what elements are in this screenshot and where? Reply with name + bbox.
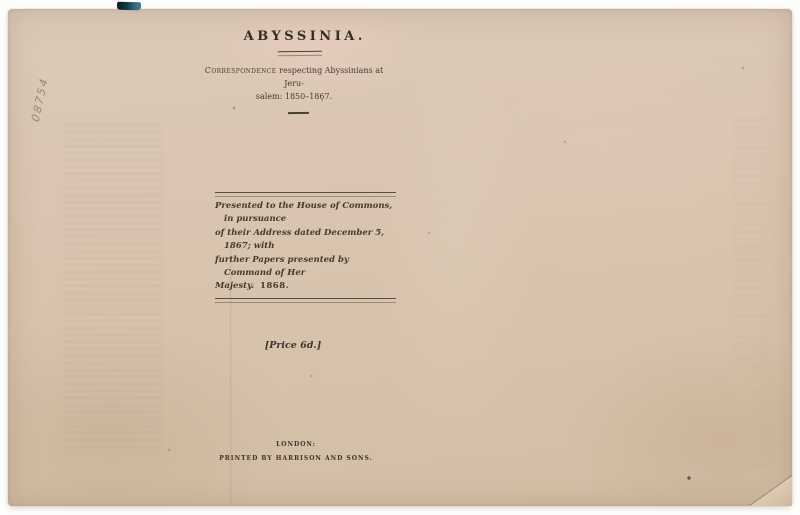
- imprint-printer: PRINTED BY HARRISON AND SONS.: [206, 452, 386, 466]
- presentation-note: Presented to the House of Commons, in pu…: [215, 200, 396, 294]
- subtitle-line-1: Correspondence respecting Abyssinians at…: [204, 64, 384, 90]
- presentation-note-top-rule: [215, 192, 396, 197]
- printer-imprint: LONDON: PRINTED BY HARRISON AND SONS.: [206, 438, 386, 466]
- presentation-note-line-1: Presented to the House of Commons, in pu…: [215, 200, 396, 227]
- subtitle: Correspondence respecting Abyssinians at…: [204, 64, 384, 103]
- binder-tab-icon: [117, 2, 141, 11]
- section-divider: [288, 112, 309, 114]
- presentation-note-majesty: Majesty.: [215, 281, 254, 291]
- dog-ear-corner: [750, 476, 792, 506]
- show-through-ghosting-right-lower: [750, 339, 770, 469]
- pencil-annotation: 08754: [24, 53, 55, 145]
- foxing-specks: [8, 9, 10, 11]
- presentation-note-line-3: further Papers presented by Command of H…: [215, 254, 396, 281]
- subtitle-smallcaps: Correspondence: [205, 66, 277, 75]
- imprint-city: LONDON:: [206, 438, 386, 452]
- subtitle-line-2: salem: 1850–1867.: [204, 90, 384, 103]
- page-title: ABYSSINIA.: [208, 29, 398, 44]
- photograph-background: 08754 ABYSSINIA. Correspondence respecti…: [0, 0, 800, 515]
- title-divider: [278, 51, 322, 56]
- show-through-ghosting-right: [733, 119, 767, 369]
- price-note: [Price 6d.]: [213, 340, 373, 351]
- show-through-ghosting-left: [63, 124, 163, 454]
- document-page: 08754 ABYSSINIA. Correspondence respecti…: [8, 9, 792, 506]
- presentation-note-year: 1868.: [260, 281, 289, 291]
- presentation-note-block: Presented to the House of Commons, in pu…: [215, 192, 396, 303]
- subtitle-rest: respecting Abyssinians at Jeru-: [277, 66, 384, 88]
- presentation-note-line-2: of their Address dated December 5, 1867;…: [215, 227, 396, 254]
- presentation-note-bottom-rule: [215, 298, 396, 303]
- presentation-note-line-4: Majesty. 1868.: [215, 280, 396, 293]
